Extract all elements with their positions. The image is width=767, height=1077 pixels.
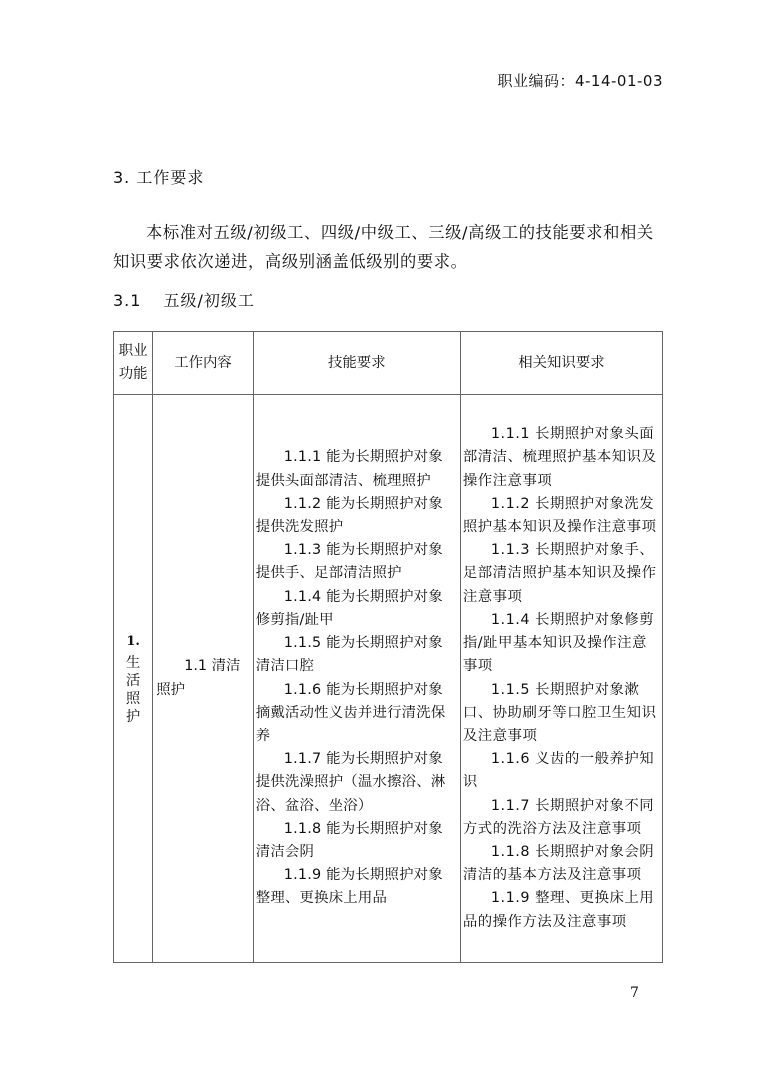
skill-item: 1.1.1 能为长期照护对象提供头面部清洁、梳理照护	[256, 446, 456, 492]
skill-item: 1.1.5 能为长期照护对象清洁口腔	[256, 632, 456, 678]
header-knowledge-requirements: 相关知识要求	[460, 332, 662, 395]
subsection-heading: 3.1五级/初级工	[113, 288, 255, 311]
function-number: 1.	[126, 634, 140, 649]
knowledge-requirements-cell: 1.1.1 长期照护对象头面部清洁、梳理照护基本知识及操作注意事项 1.1.2 …	[460, 395, 662, 963]
skill-requirements-cell: 1.1.1 能为长期照护对象提供头面部清洁、梳理照护 1.1.2 能为长期照护对…	[253, 395, 460, 963]
page-number: 7	[630, 985, 639, 1001]
occupation-code: 职业编码：4-14-01-03	[470, 70, 663, 91]
knowledge-item: 1.1.2 长期照护对象洗发照护基本知识及操作注意事项	[463, 493, 658, 539]
header-label: 职业功能	[117, 340, 149, 386]
subsection-title: 五级/初级工	[163, 291, 254, 310]
knowledge-item: 1.1.3 长期照护对象手、足部清洁照护基本知识及操作注意事项	[463, 539, 658, 609]
knowledge-item: 1.1.5 长期照护对象漱口、协助刷牙等口腔卫生知识及注意事项	[463, 679, 658, 749]
section-heading: 3. 工作要求	[113, 165, 204, 188]
knowledge-item: 1.1.1 长期照护对象头面部清洁、梳理照护基本知识及操作注意事项	[463, 423, 658, 493]
knowledge-item: 1.1.7 长期照护对象不同方式的洗浴方法及注意事项	[463, 795, 658, 841]
header-skill-requirements: 技能要求	[253, 332, 460, 395]
section-intro-paragraph: 本标准对五级/初级工、四级/中级工、三级/高级工的技能要求和相关知识要求依次递进…	[113, 218, 665, 276]
header-work-content: 工作内容	[153, 332, 254, 395]
skill-item: 1.1.9 能为长期照护对象整理、更换床上用品	[256, 864, 456, 910]
requirements-table: 职业功能 工作内容 技能要求 相关知识要求 1. 生活照护 1.1 清洁照护 1…	[113, 331, 663, 963]
header-occupational-function: 职业功能	[114, 332, 153, 395]
subsection-number: 3.1	[113, 291, 141, 310]
work-content-cell: 1.1 清洁照护	[153, 395, 254, 963]
knowledge-item: 1.1.9 整理、更换床上用品的操作方法及注意事项	[463, 887, 658, 933]
function-name: 生活照护	[126, 654, 141, 726]
skill-item: 1.1.3 能为长期照护对象提供手、足部清洁照护	[256, 539, 456, 585]
skill-item: 1.1.4 能为长期照护对象修剪指/趾甲	[256, 586, 456, 632]
knowledge-item: 1.1.8 长期照护对象会阴清洁的基本方法及注意事项	[463, 841, 658, 887]
occupational-function-cell: 1. 生活照护	[114, 395, 153, 963]
table-header-row: 职业功能 工作内容 技能要求 相关知识要求	[114, 332, 663, 395]
skill-item: 1.1.8 能为长期照护对象清洁会阴	[256, 818, 456, 864]
skill-item: 1.1.6 能为长期照护对象摘戴活动性义齿并进行清洗保养	[256, 679, 456, 749]
table-row: 1. 生活照护 1.1 清洁照护 1.1.1 能为长期照护对象提供头面部清洁、梳…	[114, 395, 663, 963]
knowledge-item: 1.1.6 义齿的一般养护知识	[463, 748, 658, 794]
skill-item: 1.1.7 能为长期照护对象提供洗澡照护（温水擦浴、淋浴、盆浴、坐浴）	[256, 748, 456, 818]
skill-item: 1.1.2 能为长期照护对象提供洗发照护	[256, 493, 456, 539]
knowledge-item: 1.1.4 长期照护对象修剪指/趾甲基本知识及操作注意事项	[463, 609, 658, 679]
